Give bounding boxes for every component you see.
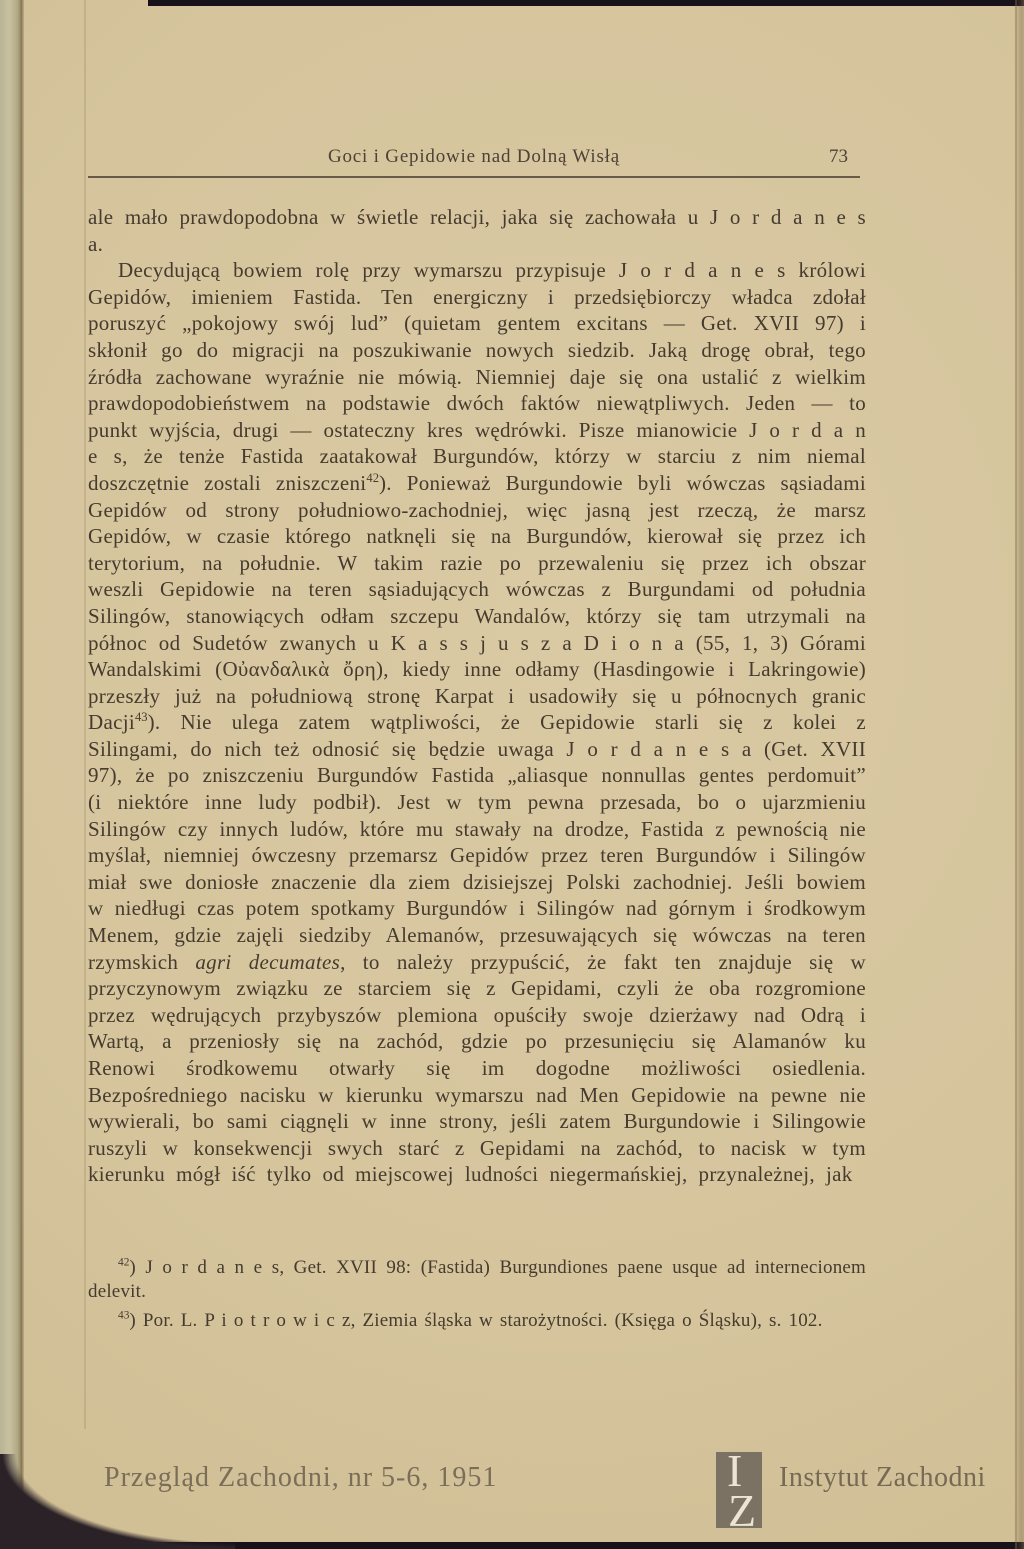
footnote-reference-43: 43 xyxy=(135,710,148,724)
running-title: Goci i Gepidowie nad Dolną Wisłą xyxy=(88,146,860,168)
footnote-42-marker: 42 xyxy=(118,1257,129,1269)
footnote-reference-42: 42 xyxy=(366,471,379,485)
latin-italic-phrase: agri decumates xyxy=(195,950,340,974)
paragraph-2-part-4: , to należy przypuścić, że fakt ten znaj… xyxy=(88,950,866,1187)
footnote-42-text: ) J o r d a n e s, Get. XVII 98: (Fastid… xyxy=(88,1257,866,1302)
header-rule xyxy=(88,176,860,178)
paragraph-1-text: ale mało prawdopodobna w świetle relacji… xyxy=(88,205,866,256)
body-paragraph-1: ale mało prawdopodobna w świetle relacji… xyxy=(88,204,866,257)
page-right-crease xyxy=(1015,0,1017,1549)
paper-crease xyxy=(84,0,86,1429)
instytut-zachodni-logo-icon: I Z xyxy=(716,1452,762,1528)
paragraph-2-part-2: ). Ponieważ Burgundowie byli wówczas sąs… xyxy=(88,471,866,734)
paragraph-2-part-1: Decydującą bowiem rolę przy wymarszu prz… xyxy=(88,258,866,495)
footnote-43: 43) Por. L. P i o t r o w i c z, Ziemia … xyxy=(88,1309,866,1333)
logo-letter-z: Z xyxy=(728,1488,756,1534)
paragraph-2-part-3: ). Nie ulega zatem wątpliwości, że Gepid… xyxy=(88,710,866,973)
scan-dark-edge-top xyxy=(148,0,1024,6)
book-left-page-edge xyxy=(0,0,21,1549)
footnote-43-marker: 43 xyxy=(118,1310,129,1322)
body-paragraph-2: Decydującą bowiem rolę przy wymarszu prz… xyxy=(88,257,866,1188)
page-header: Goci i Gepidowie nad Dolną Wisłą 73 xyxy=(88,146,860,168)
body-text-block: ale mało prawdopodobna w świetle relacji… xyxy=(88,204,866,1188)
page-fold-shadow xyxy=(21,0,24,1549)
scanned-book-page-photo: Goci i Gepidowie nad Dolną Wisłą 73 ale … xyxy=(0,0,1024,1549)
footnote-43-text: ) Por. L. P i o t r o w i c z, Ziemia śl… xyxy=(129,1310,822,1331)
page-number: 73 xyxy=(829,146,848,168)
institute-name-label: Instytut Zachodni xyxy=(779,1462,986,1494)
footnote-42: 42) J o r d a n e s, Get. XVII 98: (Fast… xyxy=(88,1256,866,1304)
footnotes-block: 42) J o r d a n e s, Get. XVII 98: (Fast… xyxy=(88,1256,866,1338)
page-footer xyxy=(0,1439,1024,1549)
journal-issue-line: Przegląd Zachodni, nr 5-6, 1951 xyxy=(104,1462,497,1494)
